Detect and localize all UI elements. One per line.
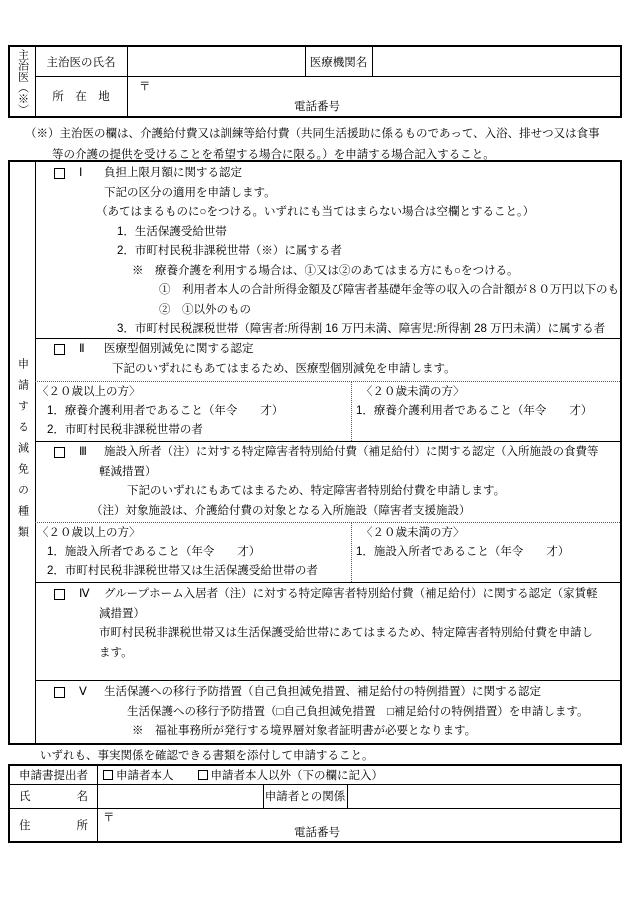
applicant-other-label: 申請者本人以外（下の欄に記入） xyxy=(211,767,384,783)
section-1-heading: Ⅰ 負担上限月額に関する認定 xyxy=(35,164,620,184)
section-4-body: ます。 xyxy=(35,644,620,664)
section-1-subitem: ② ①以外のもの xyxy=(35,301,620,321)
col-header: 〈２０歳未満の方〉 xyxy=(352,383,620,402)
submitter-table: 申請書提出者 申請者本人 申請者本人以外（下の欄に記入） 氏 名 申請者との関係… xyxy=(8,764,622,843)
physician-table: 主治医（※） 主治医の氏名 医療機関名 所 在 地 〒 電話番号 xyxy=(8,45,622,118)
applicant-self-label: 申請者本人 xyxy=(116,767,174,783)
submitter-address-label: 住 所 xyxy=(10,808,97,841)
section-4-heading: Ⅳ グループホーム入居者（注）に対する特定障害者特別給付費（補足給付）に関する認… xyxy=(35,585,620,605)
section-1-item: 1．生活保護受給世帯 xyxy=(35,223,620,243)
section-3: Ⅲ 施設入所者（注）に対する特定障害者特別給付費（補足給付）に関する認定（入所施… xyxy=(35,442,620,583)
section-3-header: Ⅲ 施設入所者（注）に対する特定障害者特別給付費（補足給付）に関する認定（入所施… xyxy=(35,442,620,522)
section-4-title-cont: 減措置） xyxy=(35,605,620,625)
section-1-line: （あてはまるものに○をつける。いずれにも当てはまらない場合は空欄とすること。） xyxy=(35,203,620,223)
section-2-title: 医療型個別減免に関する認定 xyxy=(104,340,254,360)
physician-name-field[interactable] xyxy=(127,47,305,76)
medical-org-field[interactable] xyxy=(372,47,620,76)
section-3-checkbox[interactable] xyxy=(54,447,65,458)
section-3-heading: Ⅲ 施設入所者（注）に対する特定障害者特別給付費（補足給付）に関する認定（入所施… xyxy=(35,443,620,463)
submitter-options: 申請者本人 申請者本人以外（下の欄に記入） xyxy=(103,766,383,784)
section-2-heading: Ⅱ 医療型個別減免に関する認定 xyxy=(35,340,620,360)
section-2-numeral: Ⅱ xyxy=(79,340,85,360)
physician-phone-label: 電話番号 xyxy=(257,98,377,114)
section-5-title: 生活保護への移行予防措置（自己負担減免措置、補足給付の特例措置）に関する認定 xyxy=(104,683,541,703)
exemption-side-label: 申請する減免の種類 xyxy=(10,162,35,743)
section-3-title: 施設入所者（注）に対する特定障害者特別給付費（補足給付）に関する認定（入所施設の… xyxy=(104,443,599,463)
section-2-header: Ⅱ 医療型個別減免に関する認定 下記のいずれにもあてはまるため、医療型個別減免を… xyxy=(35,339,620,381)
section-2-col-minor: 〈２０歳未満の方〉 1．療養介護利用者であること（年令 才） xyxy=(352,382,620,441)
medical-org-label: 医療機関名 xyxy=(305,47,372,76)
section-5: Ⅴ 生活保護への移行予防措置（自己負担減免措置、補足給付の特例措置）に関する認定… xyxy=(35,681,620,743)
section-2-columns: 〈２０歳以上の方〉 1．療養介護利用者であること（年令 才） 2．市町村民税非課… xyxy=(35,381,620,441)
physician-side-label: 主治医（※） xyxy=(10,47,35,116)
section-3-col-minor: 〈２０歳未満の方〉 1．施設入所者であること（年令 才） xyxy=(352,523,620,582)
physician-name-label: 主治医の氏名 xyxy=(35,47,127,76)
section-1-numeral: Ⅰ xyxy=(79,164,82,184)
col-item: 1．療養介護利用者であること（年令 才） xyxy=(35,402,351,421)
col-header: 〈２０歳以上の方〉 xyxy=(35,383,351,402)
col-item: 1．療養介護利用者であること（年令 才） xyxy=(352,402,620,421)
postal-mark-icon: 〒 xyxy=(103,809,115,825)
exemption-type-box: 申請する減免の種類 Ⅰ 負担上限月額に関する認定 下記の区分の適用を申請します。… xyxy=(8,160,622,745)
section-2-col-adult: 〈２０歳以上の方〉 1．療養介護利用者であること（年令 才） 2．市町村民税非課… xyxy=(35,382,352,441)
section-3-note: （注）対象施設は、介護給付費の対象となる入所施設（障害者支援施設） xyxy=(35,502,620,522)
section-1: Ⅰ 負担上限月額に関する認定 下記の区分の適用を申請します。 （あてはまるものに… xyxy=(35,162,620,339)
section-3-numeral: Ⅲ xyxy=(79,443,87,463)
section-5-checkbox[interactable] xyxy=(54,687,65,698)
submitter-row-label: 申請書提出者 xyxy=(10,766,97,784)
section-4-numeral: Ⅳ xyxy=(79,585,90,605)
relation-field[interactable] xyxy=(347,784,620,808)
postal-mark-icon: 〒 xyxy=(139,78,151,94)
section-5-line: 生活保護への移行予防措置（□自己負担減免措置 □補足給付の特例措置）を申請します… xyxy=(35,703,620,723)
section-1-item: 3．市町村民税課税世帯（障害者:所得割 16 万円未満、障害児:所得割 28 万… xyxy=(35,320,620,339)
submitter-name-field[interactable] xyxy=(97,784,263,808)
section-1-subitem: ① 利用者本人の合計所得金額及び障害者基礎年金等の収入の合計額が８０万円以下のも… xyxy=(35,281,620,301)
section-5-heading: Ⅴ 生活保護への移行予防措置（自己負担減免措置、補足給付の特例措置）に関する認定 xyxy=(35,683,620,703)
submitter-phone-label: 電話番号 xyxy=(257,824,377,840)
section-2-line: 下記のいずれにもあてはまるため、医療型個別減免を申請します。 xyxy=(35,360,620,380)
physician-address-field[interactable]: 〒 電話番号 xyxy=(127,76,620,116)
col-item: 1．施設入所者であること（年令 才） xyxy=(352,543,620,562)
submitter-address-field[interactable]: 〒 電話番号 xyxy=(97,808,620,841)
section-4-title: グループホーム入居者（注）に対する特定障害者特別給付費（補足給付）に関する認定（… xyxy=(104,585,598,605)
section-1-title: 負担上限月額に関する認定 xyxy=(104,164,242,184)
section-3-line: 下記のいずれにもあてはまるため、特定障害者特別給付費を申請します。 xyxy=(35,482,620,502)
section-3-title-cont: 軽減措置） xyxy=(35,463,620,483)
section-4-checkbox[interactable] xyxy=(54,589,65,600)
section-5-note: ※ 福祉事務所が発行する境界層対象者証明書が必要となります。 xyxy=(35,722,620,742)
section-1-checkbox[interactable] xyxy=(54,168,65,179)
col-item: 2．市町村民税非課税世帯の者 xyxy=(35,421,351,440)
physician-address-label: 所 在 地 xyxy=(35,76,127,116)
note-line: （※）主治医の欄は、介護給付費又は訓練等給付費（共同生活援助に係るものであって、… xyxy=(25,124,600,145)
col-header: 〈２０歳以上の方〉 xyxy=(35,524,351,543)
section-4: Ⅳ グループホーム入居者（注）に対する特定障害者特別給付費（補足給付）に関する認… xyxy=(35,583,620,681)
col-item: 1．施設入所者であること（年令 才） xyxy=(35,543,351,562)
section-4-body: 市町村民税非課税世帯又は生活保護受給世帯にあてはまるため、特定障害者特別給付費を… xyxy=(35,624,620,644)
section-3-col-adult: 〈２０歳以上の方〉 1．施設入所者であること（年令 才） 2．市町村民税非課税世… xyxy=(35,523,352,582)
section-5-numeral: Ⅴ xyxy=(79,683,87,703)
col-item: 2．市町村民税非課税世帯又は生活保護受給世帯の者 xyxy=(35,562,351,581)
section-1-line: 下記の区分の適用を申請します。 xyxy=(35,184,620,204)
section-3-columns: 〈２０歳以上の方〉 1．施設入所者であること（年令 才） 2．市町村民税非課税世… xyxy=(35,522,620,582)
attachment-note: いずれも、事実関係を確認できる書類を添付して申請すること。 xyxy=(40,747,374,763)
col-header: 〈２０歳未満の方〉 xyxy=(352,524,620,543)
section-2: Ⅱ 医療型個別減免に関する認定 下記のいずれにもあてはまるため、医療型個別減免を… xyxy=(35,339,620,442)
section-1-note: ※ 療養介護を利用する場合は、①又は②のあてはまる方にも○をつける。 xyxy=(35,262,620,282)
applicant-self-checkbox[interactable] xyxy=(103,770,113,780)
relation-label: 申請者との関係 xyxy=(263,784,347,808)
section-1-item: 2．市町村民税非課税世帯（※）に属する者 xyxy=(35,242,620,262)
section-2-checkbox[interactable] xyxy=(54,344,65,355)
applicant-other-checkbox[interactable] xyxy=(198,770,208,780)
application-form-page: 主治医（※） 主治医の氏名 医療機関名 所 在 地 〒 電話番号 （※）主治医の… xyxy=(0,0,630,903)
submitter-name-label: 氏 名 xyxy=(10,784,97,808)
